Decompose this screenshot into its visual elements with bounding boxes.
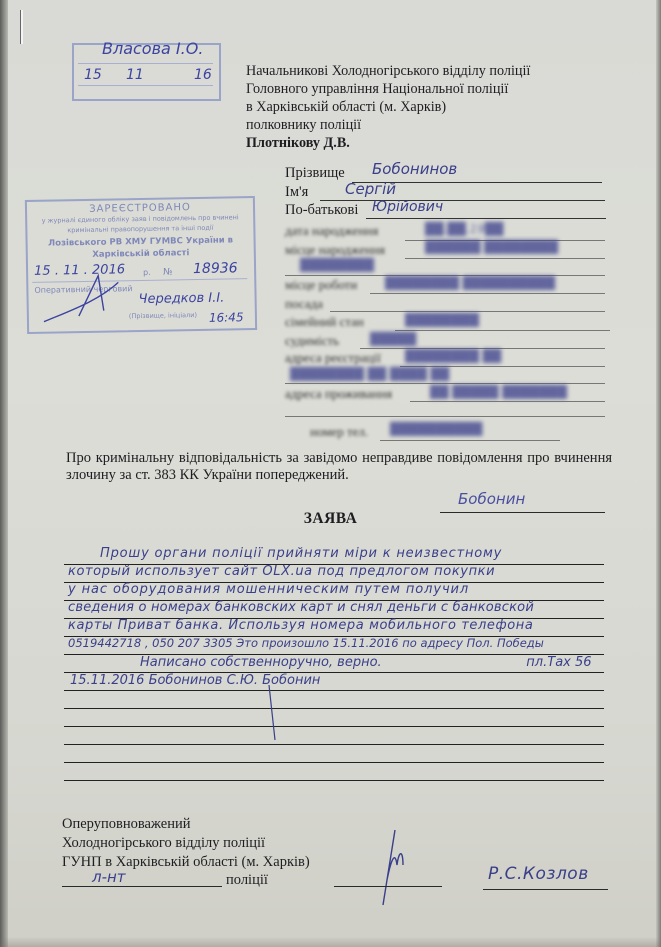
officer-rank-line	[62, 886, 222, 887]
field-underline	[410, 401, 605, 402]
registration-date-suffix: р.	[143, 268, 151, 277]
criminal-liability-warning: Про кримінальну відповідальність за заві…	[66, 450, 612, 484]
statement-signature-tail	[265, 685, 285, 745]
field-value-name: Сергій	[345, 180, 396, 198]
staple-mark	[20, 10, 23, 44]
registration-line: Харківській області	[28, 247, 254, 261]
registration-officer-caption: (Прізвище, ініціали)	[129, 311, 197, 320]
field-value-registration-address-cont: ████████ ██ ████ ██	[290, 367, 449, 381]
field-underline	[285, 416, 605, 417]
officer-signature-line	[334, 886, 442, 887]
addressee-line: Начальникові Холодногірського відділу по…	[246, 62, 530, 80]
field-value-registration-address: ████████ ██	[405, 349, 501, 363]
statement-handwritten-line: Прошу органи поліції прийняти міри к неи…	[100, 546, 502, 561]
statement-line	[64, 726, 604, 727]
statement-handwritten-line: у нас оборудования мошенническим путем п…	[68, 582, 469, 597]
field-value-criminal-record: █████	[370, 332, 416, 346]
field-underline	[370, 293, 605, 294]
field-value-workplace: ████████ ██████████	[385, 276, 555, 290]
field-value-birth-place: ██████ ████████	[425, 240, 558, 254]
field-label-name: Ім'я	[285, 184, 308, 201]
field-underline	[285, 383, 605, 384]
registration-line: кримінальні правопорушення та інші події	[27, 223, 253, 235]
statement-line	[64, 780, 604, 781]
field-label-criminal-record: судимість	[285, 333, 339, 349]
statement-handwritten-line: который использует сайт OLX.ua под предл…	[68, 564, 495, 579]
officer-signature	[365, 820, 415, 910]
field-value-surname: Бобонинов	[372, 160, 457, 178]
statement-handwritten-line: Написано собственноручно, верно. пл.Тах …	[140, 655, 592, 670]
statement-title: ЗАЯВА	[0, 510, 661, 528]
incoming-stamp: Власова І.О. 15 11 16	[72, 43, 221, 101]
field-value-birth-date: ██.██.19██	[425, 222, 503, 236]
stamp-date-year: 16	[194, 67, 212, 83]
registration-number-label: №	[163, 267, 173, 277]
field-underline	[405, 258, 605, 259]
officer-name-handwritten: Р.С.Козлов	[488, 864, 589, 884]
registration-time: 16:45	[209, 310, 244, 325]
field-label-workplace: місце роботи	[285, 277, 357, 293]
stamp-inner-line	[78, 85, 213, 86]
officer-name-line	[483, 889, 608, 890]
field-value-patronymic: Юрійович	[372, 199, 443, 215]
stamp-date-month: 11	[126, 67, 144, 83]
registration-number: 18936	[193, 260, 238, 277]
field-value-residence-address: ██ █████ ███████	[430, 385, 567, 399]
field-underline	[380, 440, 560, 441]
warning-signature: Бобонин	[458, 490, 525, 508]
stamp-inner-line	[78, 63, 213, 64]
statement-handwritten-line: карты Приват банка. Используя номера моб…	[68, 618, 533, 633]
field-underline	[395, 330, 610, 331]
field-label-registration-address: адреса реєстрації	[285, 350, 381, 366]
officer-rank-handwritten: л-нт	[92, 868, 126, 886]
addressee-line: Головного управління Національної поліці…	[246, 80, 530, 98]
registration-officer-name: Чередков І.І.	[138, 291, 224, 307]
officer-department: Холодногірського відділу поліції	[62, 834, 310, 853]
addressee-block: Начальникові Холодногірського відділу по…	[246, 62, 530, 152]
statement-handwritten-line: сведения о номерах банковских карт и сня…	[68, 600, 534, 615]
registration-stamp: ЗАРЕЄСТРОВАНО у журналі єдиного обліку з…	[25, 196, 257, 334]
officer-rank-suffix: поліції	[226, 872, 268, 889]
field-label-residence-address: адреса проживання	[285, 386, 392, 402]
field-underline	[320, 200, 605, 201]
statement-line	[64, 762, 604, 763]
statement-line	[64, 744, 604, 745]
page-bottom-shadow	[0, 937, 661, 947]
statement-handwritten-line: 0519442718 , 050 207 3305 Это произошло …	[68, 636, 544, 650]
field-value-marital-status: ████████	[405, 313, 479, 327]
registration-signature-scribble	[38, 270, 139, 327]
addressee-name: Плотнікову Д.В.	[246, 134, 530, 152]
addressee-line: полковнику поліції	[246, 116, 530, 134]
addressee-line: в Харківській області (м. Харків)	[246, 98, 530, 116]
field-label-marital-status: сімейний стан	[285, 314, 364, 330]
officer-block: Оперуповноважений Холодногірського відді…	[62, 815, 310, 872]
statement-line	[64, 708, 604, 709]
field-value-phone: ██████████	[390, 422, 482, 436]
field-underline	[366, 218, 606, 219]
statement-line	[64, 690, 604, 691]
field-label-phone: номер тел.	[310, 424, 368, 440]
field-label-birth-date: дата народження	[285, 223, 378, 239]
stamp-date-day: 15	[84, 67, 102, 83]
field-label-birth-place: місце народження	[285, 242, 385, 258]
field-label-patronymic: По-батькові	[285, 202, 358, 219]
page-left-edge	[0, 0, 8, 947]
officer-title: Оперуповноважений	[62, 815, 310, 834]
field-value-birth-place-cont: ████████	[300, 258, 374, 272]
field-label-surname: Прізвище	[285, 165, 345, 182]
field-label-position: посада	[285, 296, 323, 312]
page-right-edge	[656, 0, 661, 947]
stamp-handwritten-name: Власова І.О.	[102, 39, 203, 58]
field-underline	[330, 311, 605, 312]
